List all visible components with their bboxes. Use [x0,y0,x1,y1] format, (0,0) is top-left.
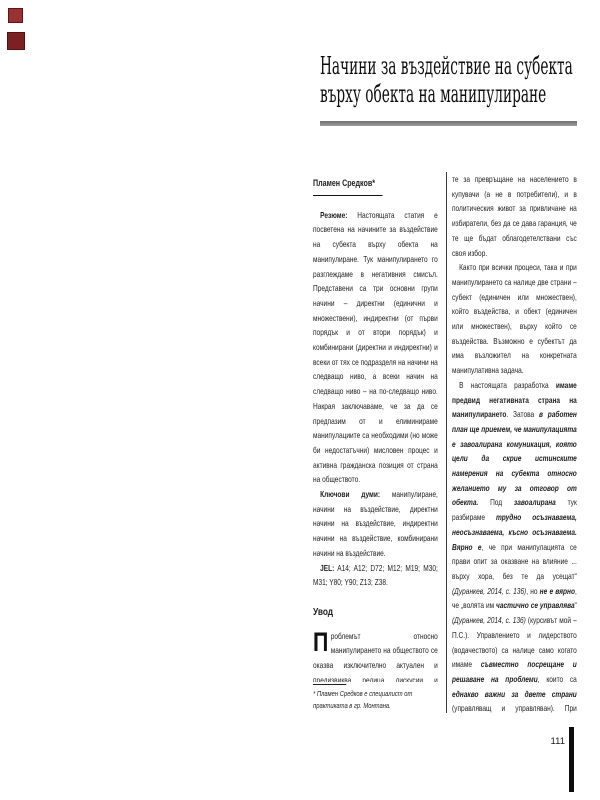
corner-square-top [8,8,23,23]
jel-paragraph: JEL: A14; A12; D72; M12; M19; M30; M31; … [313,561,438,590]
body-paragraph-2: Както при всички процеси, така и при ман… [452,260,577,378]
intro-paragraph: Проблемът относно манипулирането на обще… [313,629,438,682]
author-rule [313,195,383,196]
footnote-text: * Пламен Средков е специалист от практик… [313,688,441,711]
keywords-label: Ключови думи: [320,489,380,499]
section-heading-uvod: Увод [313,605,438,620]
footnote-block: * Пламен Средков е специалист от практик… [313,684,441,711]
abstract-label: Резюме: [320,210,347,220]
article-title: Начини за въздействие на субекта върху о… [320,53,573,108]
page-corner-bar [569,727,574,792]
article-title-line2: върху обекта на манипулиране [320,81,573,109]
author-name: Пламен Средков* [313,176,438,191]
footnote-rule [313,684,346,685]
title-underline-bar [320,121,577,126]
keywords-text: манипулиране, начини на въздействие, дир… [313,489,438,558]
intro-text: роблемът относно манипулирането на общес… [313,631,438,682]
page-number: 111 [543,736,565,747]
body-paragraph-1: те за превръщане на населението в купува… [452,172,577,260]
journal-article-page: Начини за въздействие на субекта върху о… [0,0,600,800]
article-title-line1: Начини за въздействие на субекта [320,53,573,81]
abstract-paragraph: Резюме: Настоящата статия е посветена на… [313,208,438,487]
right-column: те за превръщане на населението в купува… [452,172,577,715]
drop-cap: П [313,629,331,654]
column-divider [446,172,447,713]
body-paragraph-3: В настоящата разработка имаме предвид не… [452,378,577,715]
left-column: Пламен Средков* Резюме: Настоящата стати… [313,176,438,682]
keywords-paragraph: Ключови думи: манипулиране, начини на въ… [313,487,438,561]
corner-square-bottom [7,32,25,50]
abstract-text: Настоящата статия е посветена на начинит… [313,210,438,485]
jel-label: JEL: [320,563,334,573]
